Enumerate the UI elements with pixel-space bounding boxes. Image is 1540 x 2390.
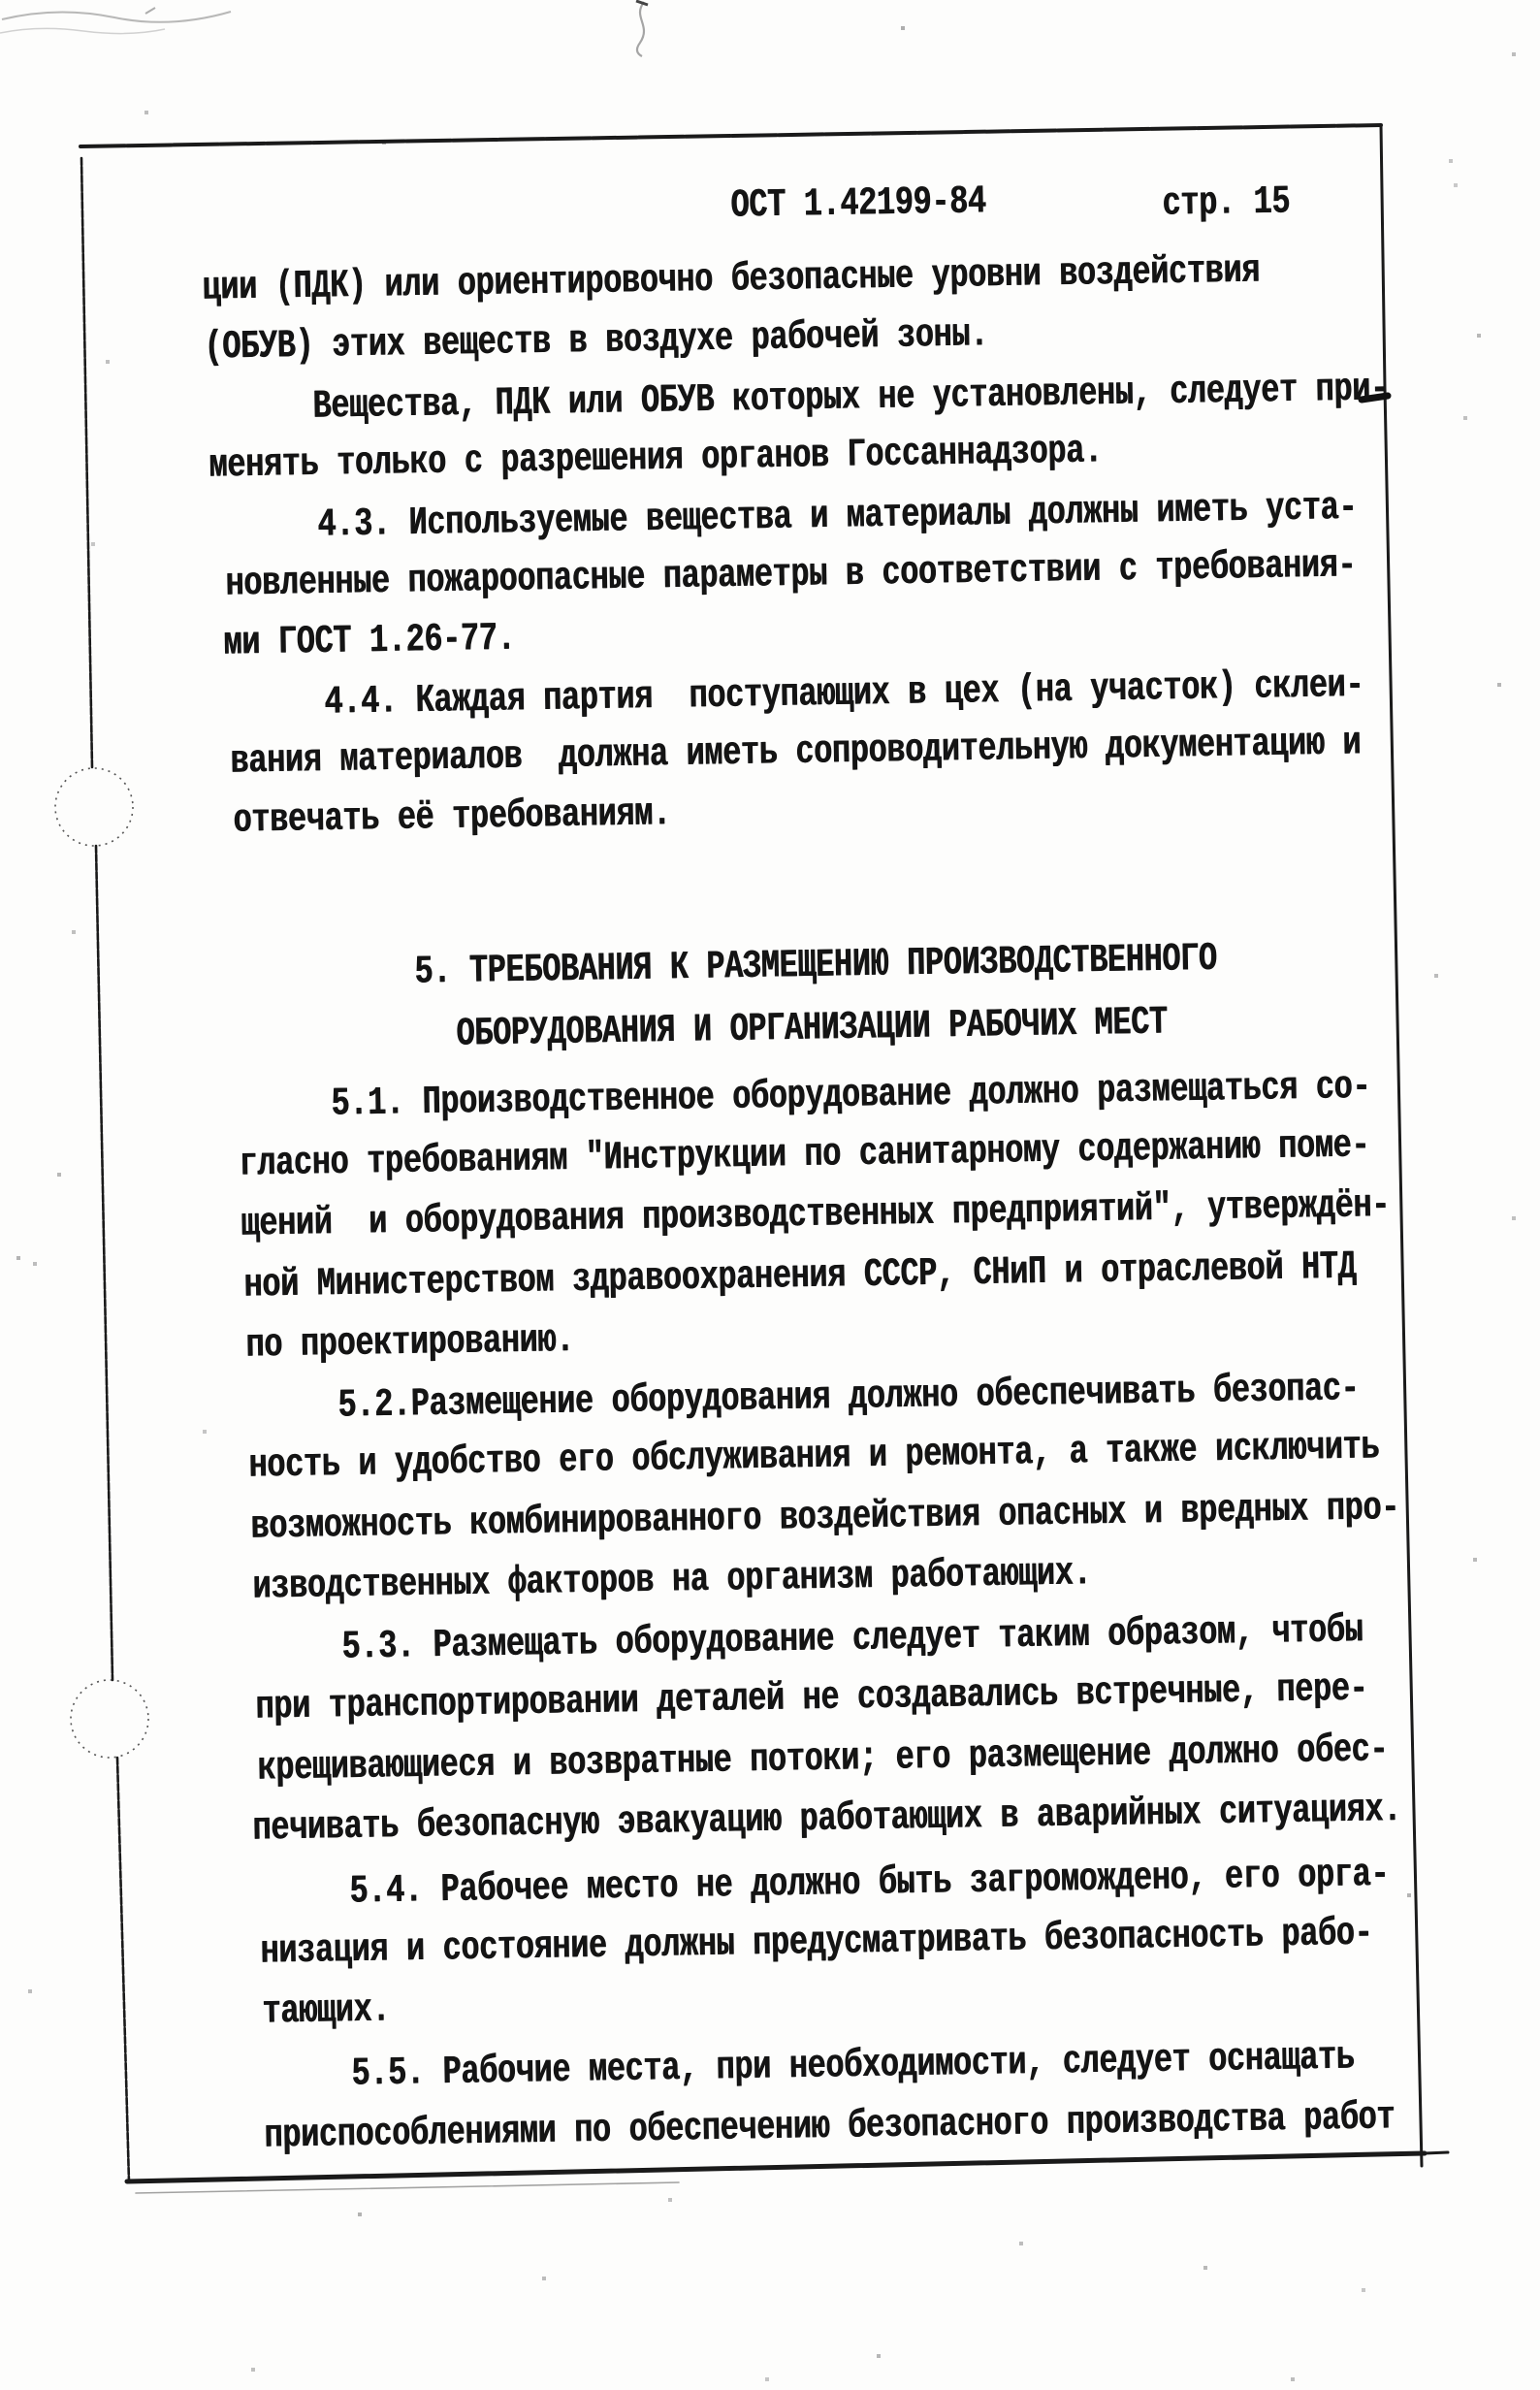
text-line: ми ГОСТ 1.26-77. — [223, 619, 515, 663]
scanned-document-page: ОСТ 1.42199-84 стр. 15 ции (ПДК) или ори… — [0, 0, 1540, 2390]
text-line: по проектированию. — [245, 1320, 574, 1366]
scan-curl-mark — [636, 1, 648, 56]
page-number: стр. 15 — [1162, 182, 1290, 224]
section-heading-line: ОБОРУДОВАНИЯ И ОРГАНИЗАЦИИ РАБОЧИХ МЕСТ — [456, 1003, 1168, 1054]
hole-punch-top — [55, 768, 133, 846]
doc-number: ОСТ 1.42199-84 — [730, 182, 986, 226]
scan-smudge-top-left — [0, 8, 231, 34]
text-line: тающих. — [262, 1990, 390, 2032]
hole-punch-bottom — [71, 1680, 148, 1758]
text-line: отвечать её требованиям. — [233, 794, 671, 841]
